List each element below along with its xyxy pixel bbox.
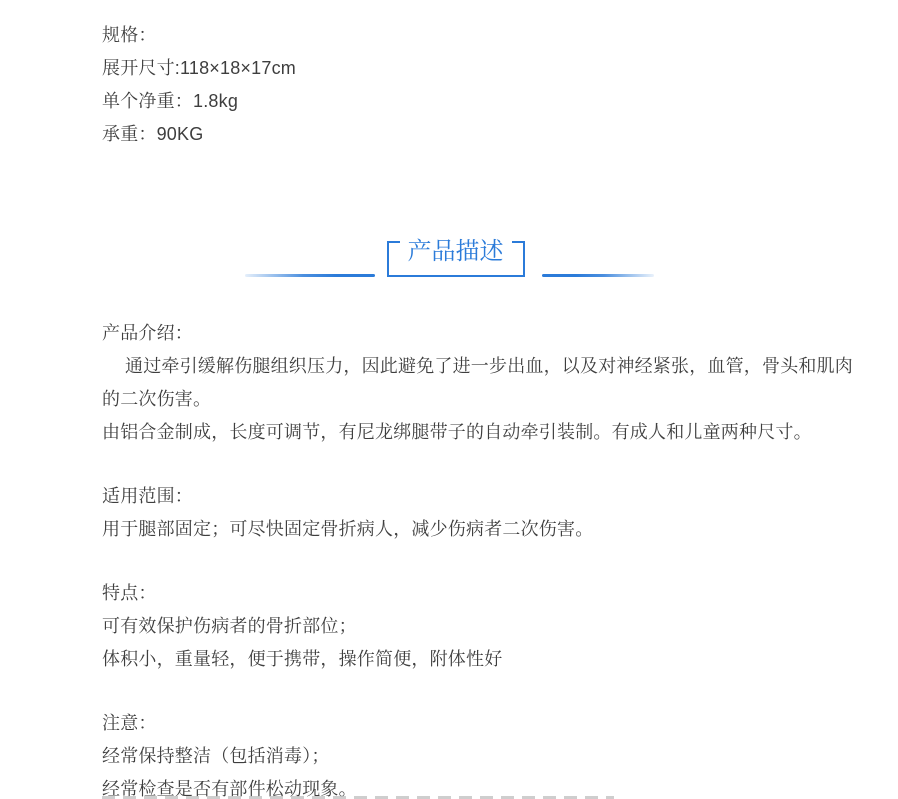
features-section: 特点： 可有效保护伤病者的骨折部位； 体积小，重量轻，便于携带，操作简便，附体性… [102,577,898,676]
spec-line-weight: 单个净重：1.8kg [102,85,898,118]
spec-line-size: 展开尺寸:118×18×17cm [102,52,898,85]
intro-section: 产品介绍： 通过牵引缓解伤腿组织压力，因此避免了进一步出血，以及对神经紧张，血管… [102,317,898,449]
features-line: 体积小，重量轻，便于携带，操作简便，附体性好 [102,643,898,676]
header-divider-left [245,274,375,277]
header-divider-right [542,274,654,277]
scope-section: 适用范围： 用于腿部固定；可尽快固定骨折病人，减少伤病者二次伤害。 [102,480,898,546]
scope-line: 用于腿部固定；可尽快固定骨折病人，减少伤病者二次伤害。 [102,513,898,546]
intro-label: 产品介绍： [102,317,898,350]
intro-line: 的二次伤害。 [102,383,898,416]
specs-block: 规格： 展开尺寸:118×18×17cm 单个净重：1.8kg 承重：90KG [0,0,898,151]
header-title-box: 产品描述 [387,241,525,277]
intro-line: 由铝合金制成，长度可调节，有尼龙绑腿带子的自动牵引装制。有成人和儿童两种尺寸。 [102,416,898,449]
section-header: 产品描述 [0,241,898,277]
section-title: 产品描述 [400,238,512,266]
notes-line: 经常保持整洁（包括消毒）； [102,740,898,773]
features-line: 可有效保护伤病者的骨折部位； [102,610,898,643]
spec-line-title: 规格： [102,19,898,52]
spec-line-load: 承重：90KG [102,118,898,151]
description-content: 产品介绍： 通过牵引缓解伤腿组织压力，因此避免了进一步出血，以及对神经紧张，血管… [0,277,898,799]
scope-label: 适用范围： [102,480,898,513]
product-description-page: 规格： 展开尺寸:118×18×17cm 单个净重：1.8kg 承重：90KG … [0,0,898,799]
features-label: 特点： [102,577,898,610]
notes-section: 注意： 经常保持整洁（包括消毒）； 经常检查是否有部件松动现象。 [102,707,898,799]
intro-line: 通过牵引缓解伤腿组织压力，因此避免了进一步出血，以及对神经紧张，血管，骨头和肌肉 [102,350,898,383]
notes-label: 注意： [102,707,898,740]
